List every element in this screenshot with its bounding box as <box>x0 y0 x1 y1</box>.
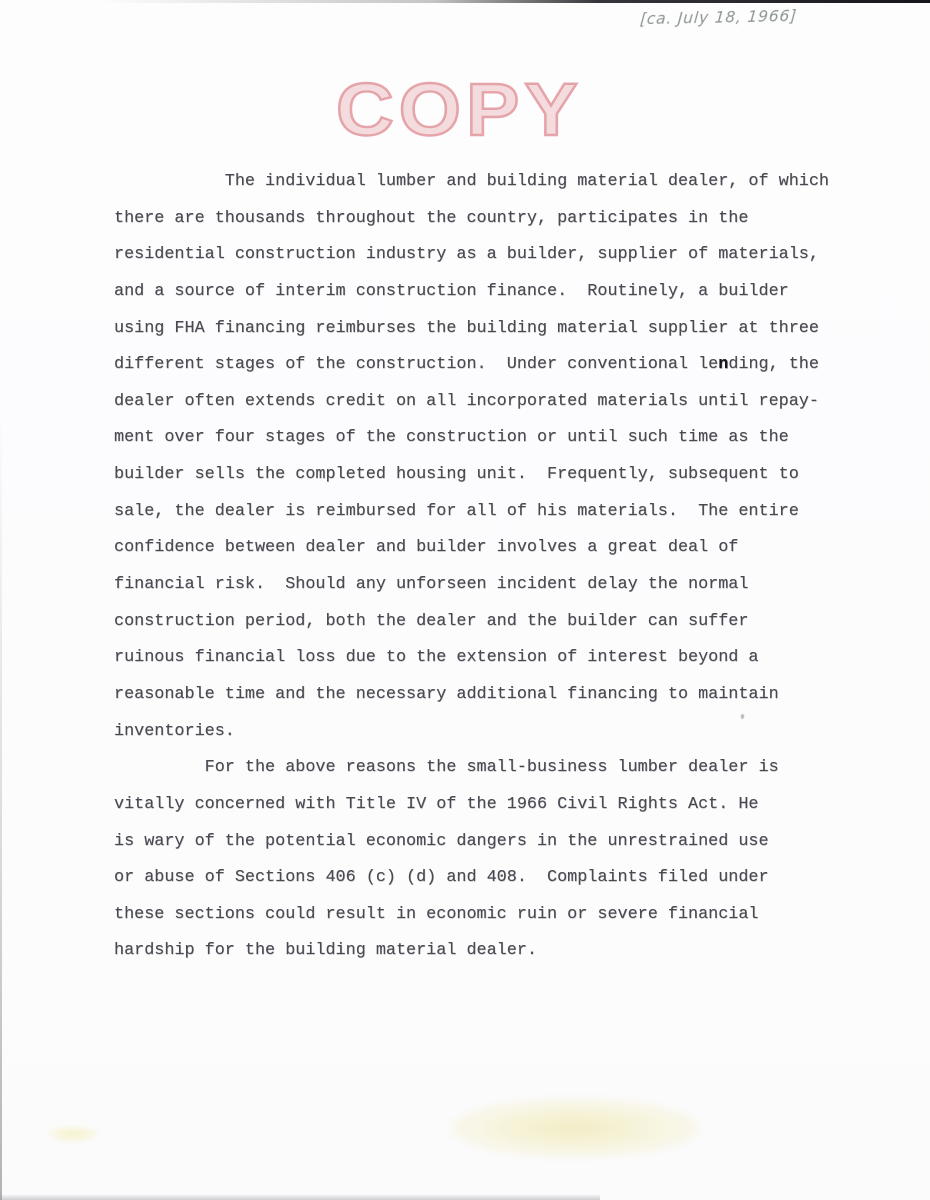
handwritten-date-annotation: [ca. July 18, 1966] <box>639 6 860 29</box>
typed-line: and a source of interim construction fin… <box>114 274 854 311</box>
typed-line: The individual lumber and building mater… <box>114 164 854 201</box>
typed-line: vitally concerned with Title IV of the 1… <box>114 787 854 824</box>
scan-edge-bottom <box>0 1194 600 1200</box>
typed-line: confidence between dealer and builder in… <box>114 530 854 567</box>
typed-line: there are thousands throughout the count… <box>114 201 854 238</box>
typed-line: builder sells the completed housing unit… <box>114 457 854 494</box>
typed-line: inventories. <box>114 714 854 751</box>
typed-line: sale, the dealer is reimbursed for all o… <box>114 494 854 531</box>
paragraph: For the above reasons the small-business… <box>114 750 854 970</box>
typed-line: different stages of the construction. Un… <box>114 347 854 384</box>
typed-line: or abuse of Sections 406 (c) (d) and 408… <box>114 860 854 897</box>
typed-line: using FHA financing reimburses the build… <box>114 311 854 348</box>
typed-line: ment over four stages of the constructio… <box>114 420 854 457</box>
typed-line: dealer often extends credit on all incor… <box>114 384 854 421</box>
copy-stamp: COPY <box>336 73 596 147</box>
scanned-page: [ca. July 18, 1966] COPY The individual … <box>0 0 930 1200</box>
typed-text: ding, the <box>728 355 819 374</box>
scan-edge-left <box>0 400 2 1200</box>
typed-line: hardship for the building material deale… <box>114 933 854 970</box>
typed-text: different stages of the construction. Un… <box>114 355 718 374</box>
scan-edge-top <box>100 0 930 3</box>
stain-mark <box>450 1098 700 1158</box>
typed-line: financial risk. Should any unforseen inc… <box>114 567 854 604</box>
typed-line: ruinous financial loss due to the extens… <box>114 640 854 677</box>
typed-line: For the above reasons the small-business… <box>114 750 854 787</box>
typed-line: reasonable time and the necessary additi… <box>114 677 854 714</box>
overtyped-correction: n <box>718 355 728 374</box>
typed-line: construction period, both the dealer and… <box>114 604 854 641</box>
stain-mark-small <box>48 1126 98 1142</box>
paragraph: The individual lumber and building mater… <box>114 164 854 750</box>
typed-line: residential construction industry as a b… <box>114 237 854 274</box>
typed-line: is wary of the potential economic danger… <box>114 824 854 861</box>
typed-text-block: The individual lumber and building mater… <box>114 164 854 970</box>
typed-line: these sections could result in economic … <box>114 897 854 934</box>
